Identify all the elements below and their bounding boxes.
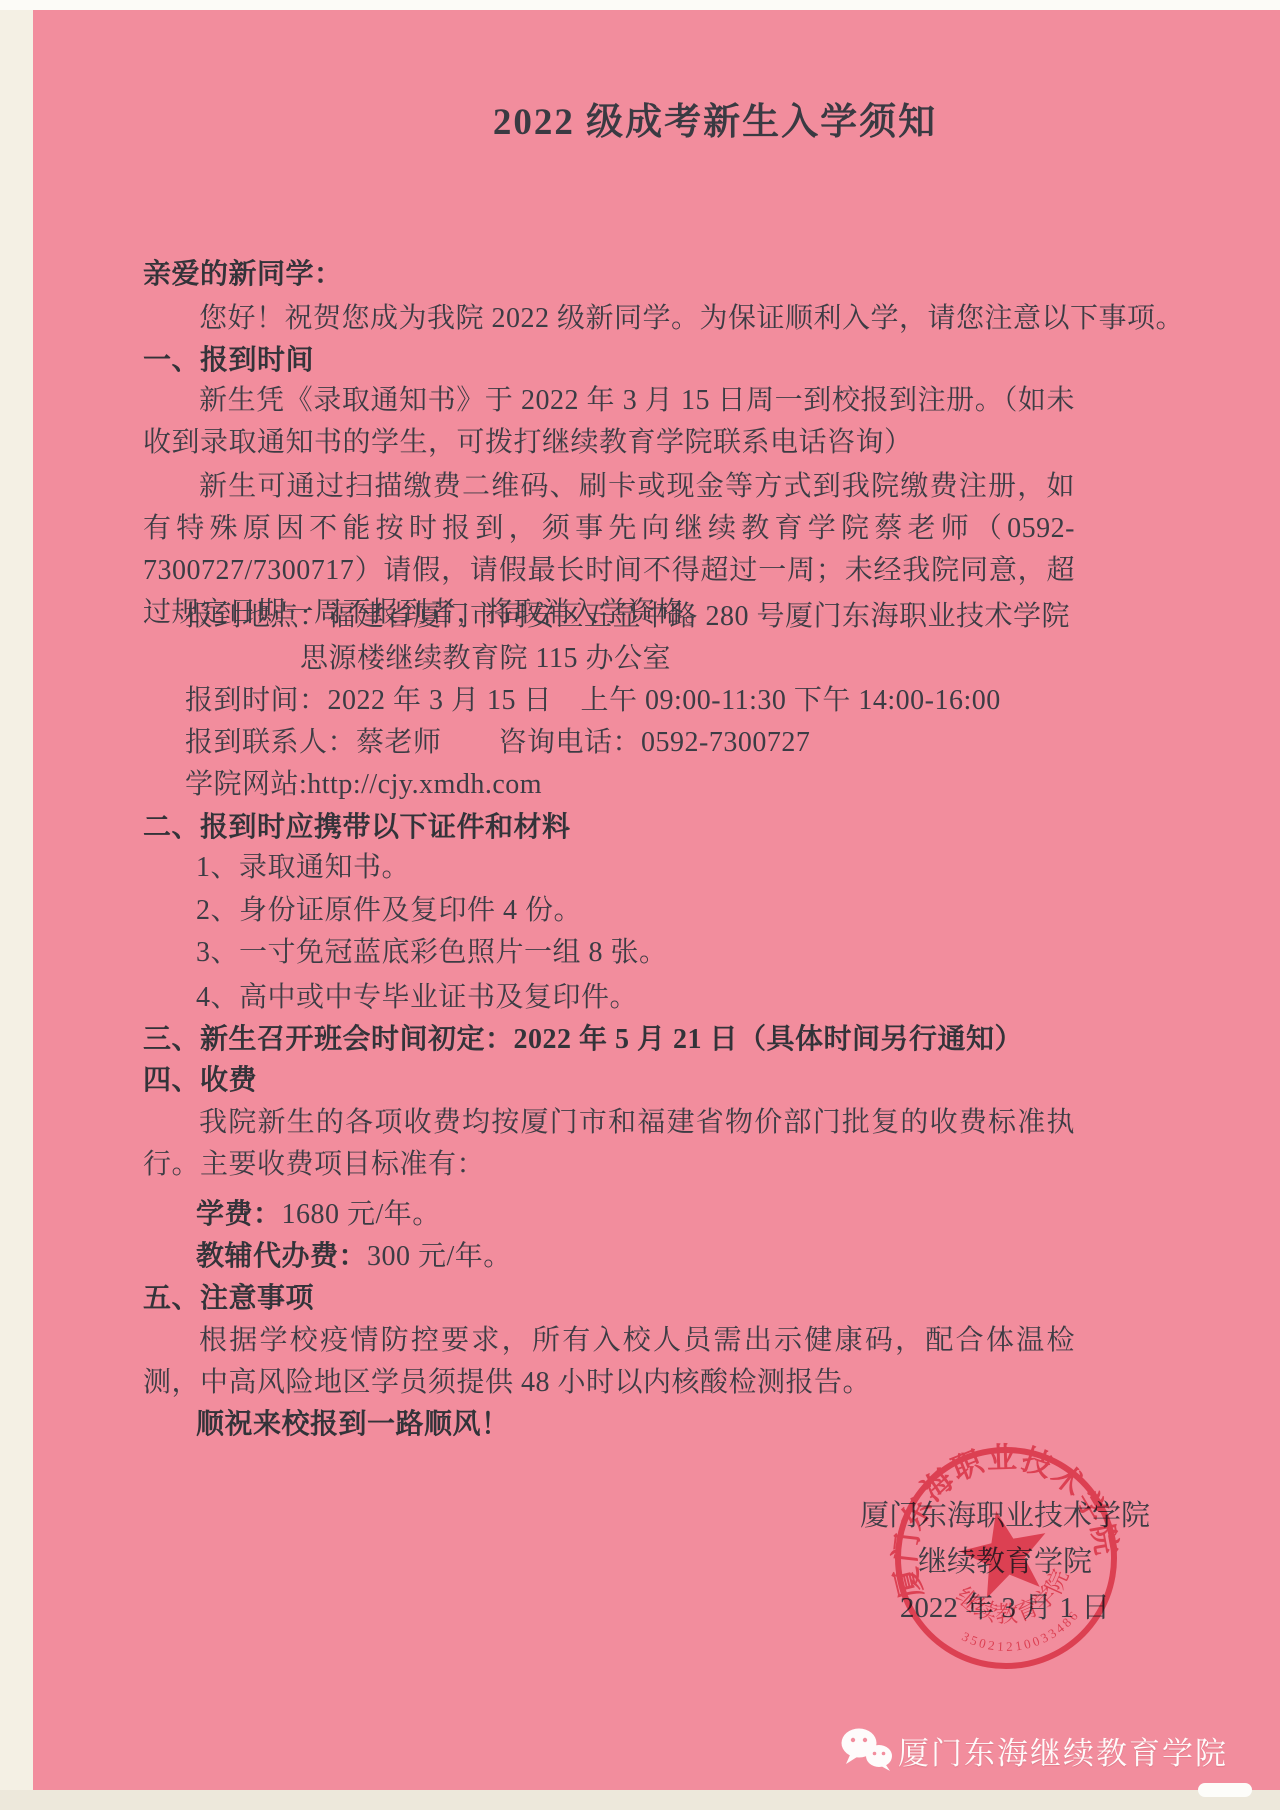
section-4-paragraph: 我院新生的各项收费均按厦门市和福建省物价部门批复的收费标准执行。主要收费项目标准…: [143, 1102, 1075, 1186]
tuition-fee-line: 学费：1680 元/年。: [196, 1194, 441, 1236]
wechat-account-name: 厦门东海继续教育学院: [898, 1728, 1228, 1773]
scan-top-edge: [0, 0, 1280, 10]
report-location-line-2: 思源楼继续教育院 115 办公室: [300, 638, 671, 680]
materials-fee-line: 教辅代办费：300 元/年。: [196, 1236, 512, 1278]
materials-fee-label: 教辅代办费：: [196, 1241, 367, 1272]
tuition-fee-value: 1680 元/年。: [282, 1199, 441, 1230]
scan-bottom-notch: [1198, 1783, 1252, 1797]
checklist-item-2: 2、身份证原件及复印件 4 份。: [196, 890, 582, 932]
tuition-fee-label: 学费：: [196, 1199, 282, 1230]
wechat-footer-banner: 厦门东海继续教育学院: [700, 1718, 1280, 1790]
checklist-item-4: 4、高中或中专毕业证书及复印件。: [196, 977, 638, 1019]
wechat-icon: [838, 1726, 894, 1779]
college-website-line: 学院网站:http://cjy.xmdh.com: [185, 764, 542, 806]
materials-fee-value: 300 元/年。: [367, 1241, 512, 1272]
checklist-item-1: 1、录取通知书。: [196, 847, 410, 889]
scanned-notice-page: { "colors": { "paper_pink": "#F28D9D", "…: [0, 0, 1280, 1810]
section-1-heading: 一、报到时间: [143, 340, 314, 382]
section-3-heading: 三、新生召开班会时间初定：2022 年 5 月 21 日（具体时间另行通知）: [143, 1019, 1023, 1061]
salutation: 亲爱的新同学：: [143, 254, 343, 296]
section-4-heading: 四、收费: [143, 1060, 257, 1102]
section-5-paragraph: 根据学校疫情防控要求，所有入校人员需出示健康码，配合体温检测，中高风险地区学员须…: [143, 1320, 1075, 1404]
report-time-line: 报到时间：2022 年 3 月 15 日 上午 09:00-11:30 下午 1…: [185, 680, 1001, 722]
checklist-item-3: 3、一寸免冠蓝底彩色照片一组 8 张。: [196, 932, 668, 974]
document-title: 2022 级成考新生入学须知: [350, 100, 1080, 146]
report-contact-line: 报到联系人：蔡老师 咨询电话：0592-7300727: [185, 722, 810, 764]
section-5-heading: 五、注意事项: [143, 1278, 314, 1320]
closing-wish: 顺祝来校报到一路顺风！: [196, 1404, 510, 1446]
scan-bottom-edge: [0, 1790, 1280, 1810]
report-location-line-1: 报到地点：福建省厦门市同安区五显中路 280 号厦门东海职业技术学院: [185, 596, 1070, 638]
seal-graphic: 厦门东海职业技术学院 继续教育学院 35021210033486: [852, 1404, 1160, 1712]
section-2-heading: 二、报到时应携带以下证件和材料: [143, 807, 571, 849]
intro-paragraph: 您好！祝贺您成为我院 2022 级新同学。为保证顺利入学，请您注意以下事项。: [143, 298, 1184, 340]
section-1-paragraph-1: 新生凭《录取通知书》于 2022 年 3 月 15 日周一到校报到注册。（如未收…: [143, 380, 1075, 464]
official-seal-stamp: 厦门东海职业技术学院 继续教育学院 35021210033486: [852, 1404, 1160, 1712]
